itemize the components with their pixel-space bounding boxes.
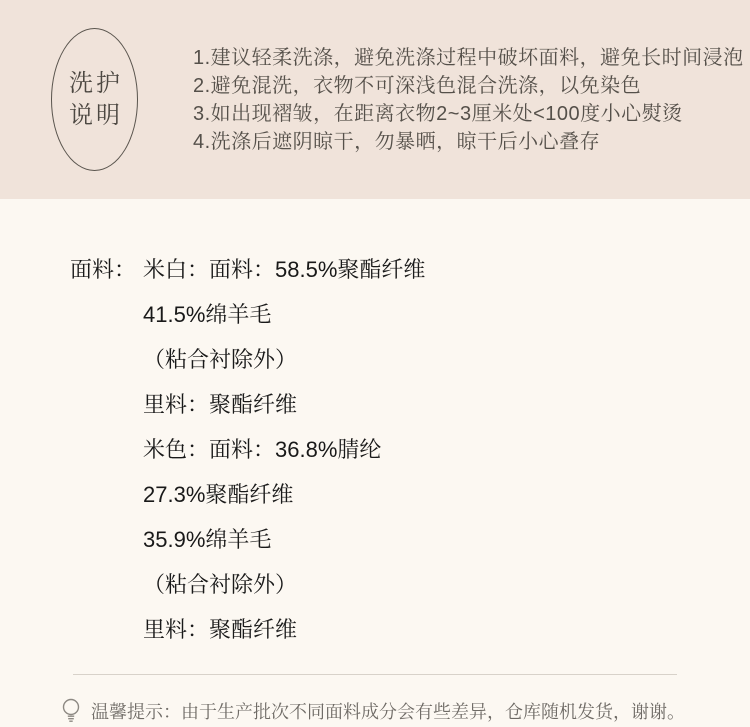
fabric-section-label: 面料：	[70, 247, 136, 292]
fabric-line-text: 里料：聚酯纤维	[143, 617, 297, 642]
care-instruction-4: 4.洗涤后遮阴晾干，勿暴晒，晾干后小心叠存	[193, 128, 744, 156]
fabric-row: 面料： 米白：面料：58.5%聚酯纤维	[0, 247, 750, 292]
fabric-line-text: （粘合衬除外）	[143, 572, 297, 597]
fabric-row: （粘合衬除外）	[0, 562, 750, 607]
fabric-row: 米色：面料：36.8%腈纶	[0, 427, 750, 472]
fabric-row: （粘合衬除外）	[0, 337, 750, 382]
fabric-line-text: 27.3%聚酯纤维	[143, 482, 293, 507]
fabric-row: 里料：聚酯纤维	[0, 607, 750, 652]
fabric-line-text: （粘合衬除外）	[143, 347, 297, 372]
tip-text: 温馨提示：由于生产批次不同面料成分会有些差异，仓库随机发货，谢谢。	[91, 698, 685, 724]
fabric-row: 35.9%绵羊毛	[0, 517, 750, 562]
care-instruction-2: 2.避免混洗，衣物不可深浅色混合洗涤，以免染色	[193, 72, 744, 100]
fabric-section: 面料： 米白：面料：58.5%聚酯纤维 41.5%绵羊毛 （粘合衬除外） 里料：…	[0, 199, 750, 652]
lightbulb-icon	[60, 697, 82, 724]
fabric-row: 41.5%绵羊毛	[0, 292, 750, 337]
care-instruction-3: 3.如出现褶皱，在距离衣物2~3厘米处<100度小心熨烫	[193, 100, 744, 128]
divider	[73, 674, 677, 675]
fabric-line-text: 米白：面料：58.5%聚酯纤维	[143, 257, 425, 282]
care-badge-line1: 洗护	[66, 68, 123, 100]
care-badge: 洗护 说明	[51, 28, 138, 171]
care-section: 洗护 说明 1.建议轻柔洗涤，避免洗涤过程中破坏面料，避免长时间浸泡 2.避免混…	[0, 0, 750, 199]
care-instruction-1: 1.建议轻柔洗涤，避免洗涤过程中破坏面料，避免长时间浸泡	[193, 44, 744, 72]
care-badge-line2: 说明	[66, 100, 123, 132]
fabric-line-text: 41.5%绵羊毛	[143, 302, 271, 327]
tip-row: 温馨提示：由于生产批次不同面料成分会有些差异，仓库随机发货，谢谢。	[60, 697, 685, 724]
fabric-line-text: 35.9%绵羊毛	[143, 527, 271, 552]
fabric-line-text: 里料：聚酯纤维	[143, 392, 297, 417]
fabric-row: 27.3%聚酯纤维	[0, 472, 750, 517]
fabric-line-text: 米色：面料：36.8%腈纶	[143, 437, 381, 462]
care-instructions-list: 1.建议轻柔洗涤，避免洗涤过程中破坏面料，避免长时间浸泡 2.避免混洗，衣物不可…	[193, 44, 744, 156]
product-care-page: 洗护 说明 1.建议轻柔洗涤，避免洗涤过程中破坏面料，避免长时间浸泡 2.避免混…	[0, 0, 750, 727]
fabric-row: 里料：聚酯纤维	[0, 382, 750, 427]
